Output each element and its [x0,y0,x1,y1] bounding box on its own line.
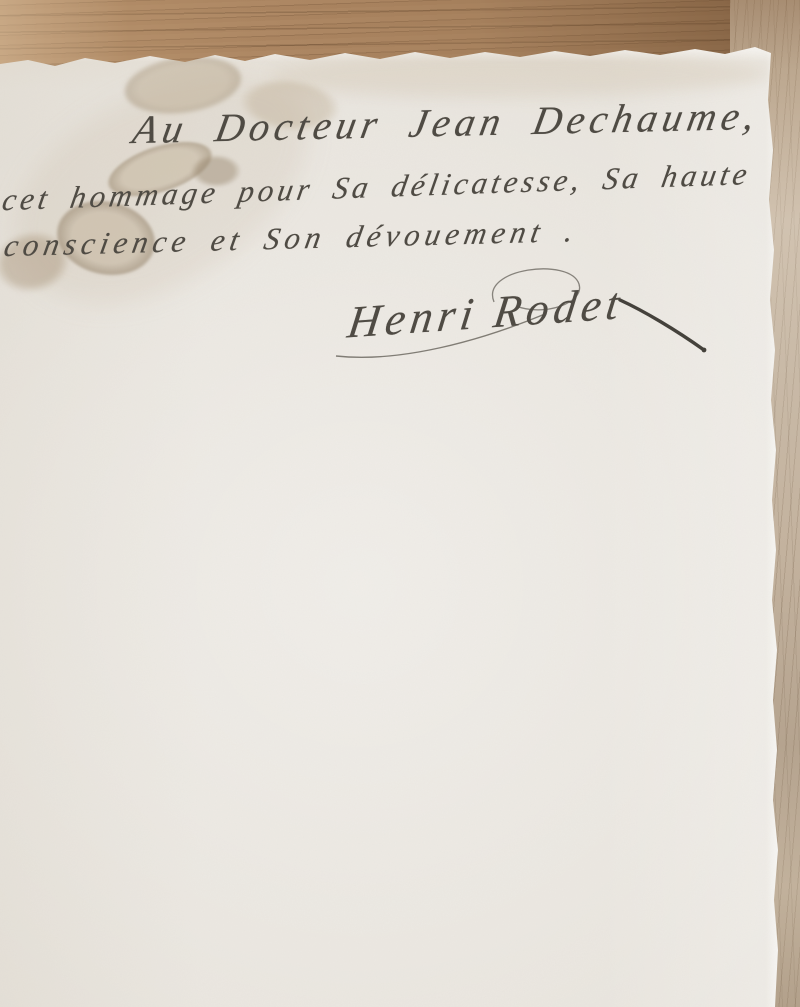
book-page: Au Docteur Jean Dechaume, cet hommage po… [0,0,800,1007]
book-photo: Au Docteur Jean Dechaume, cet hommage po… [0,0,800,1007]
flourish-paraph-stroke [620,300,704,350]
flourish-paraph-tip [702,348,707,353]
